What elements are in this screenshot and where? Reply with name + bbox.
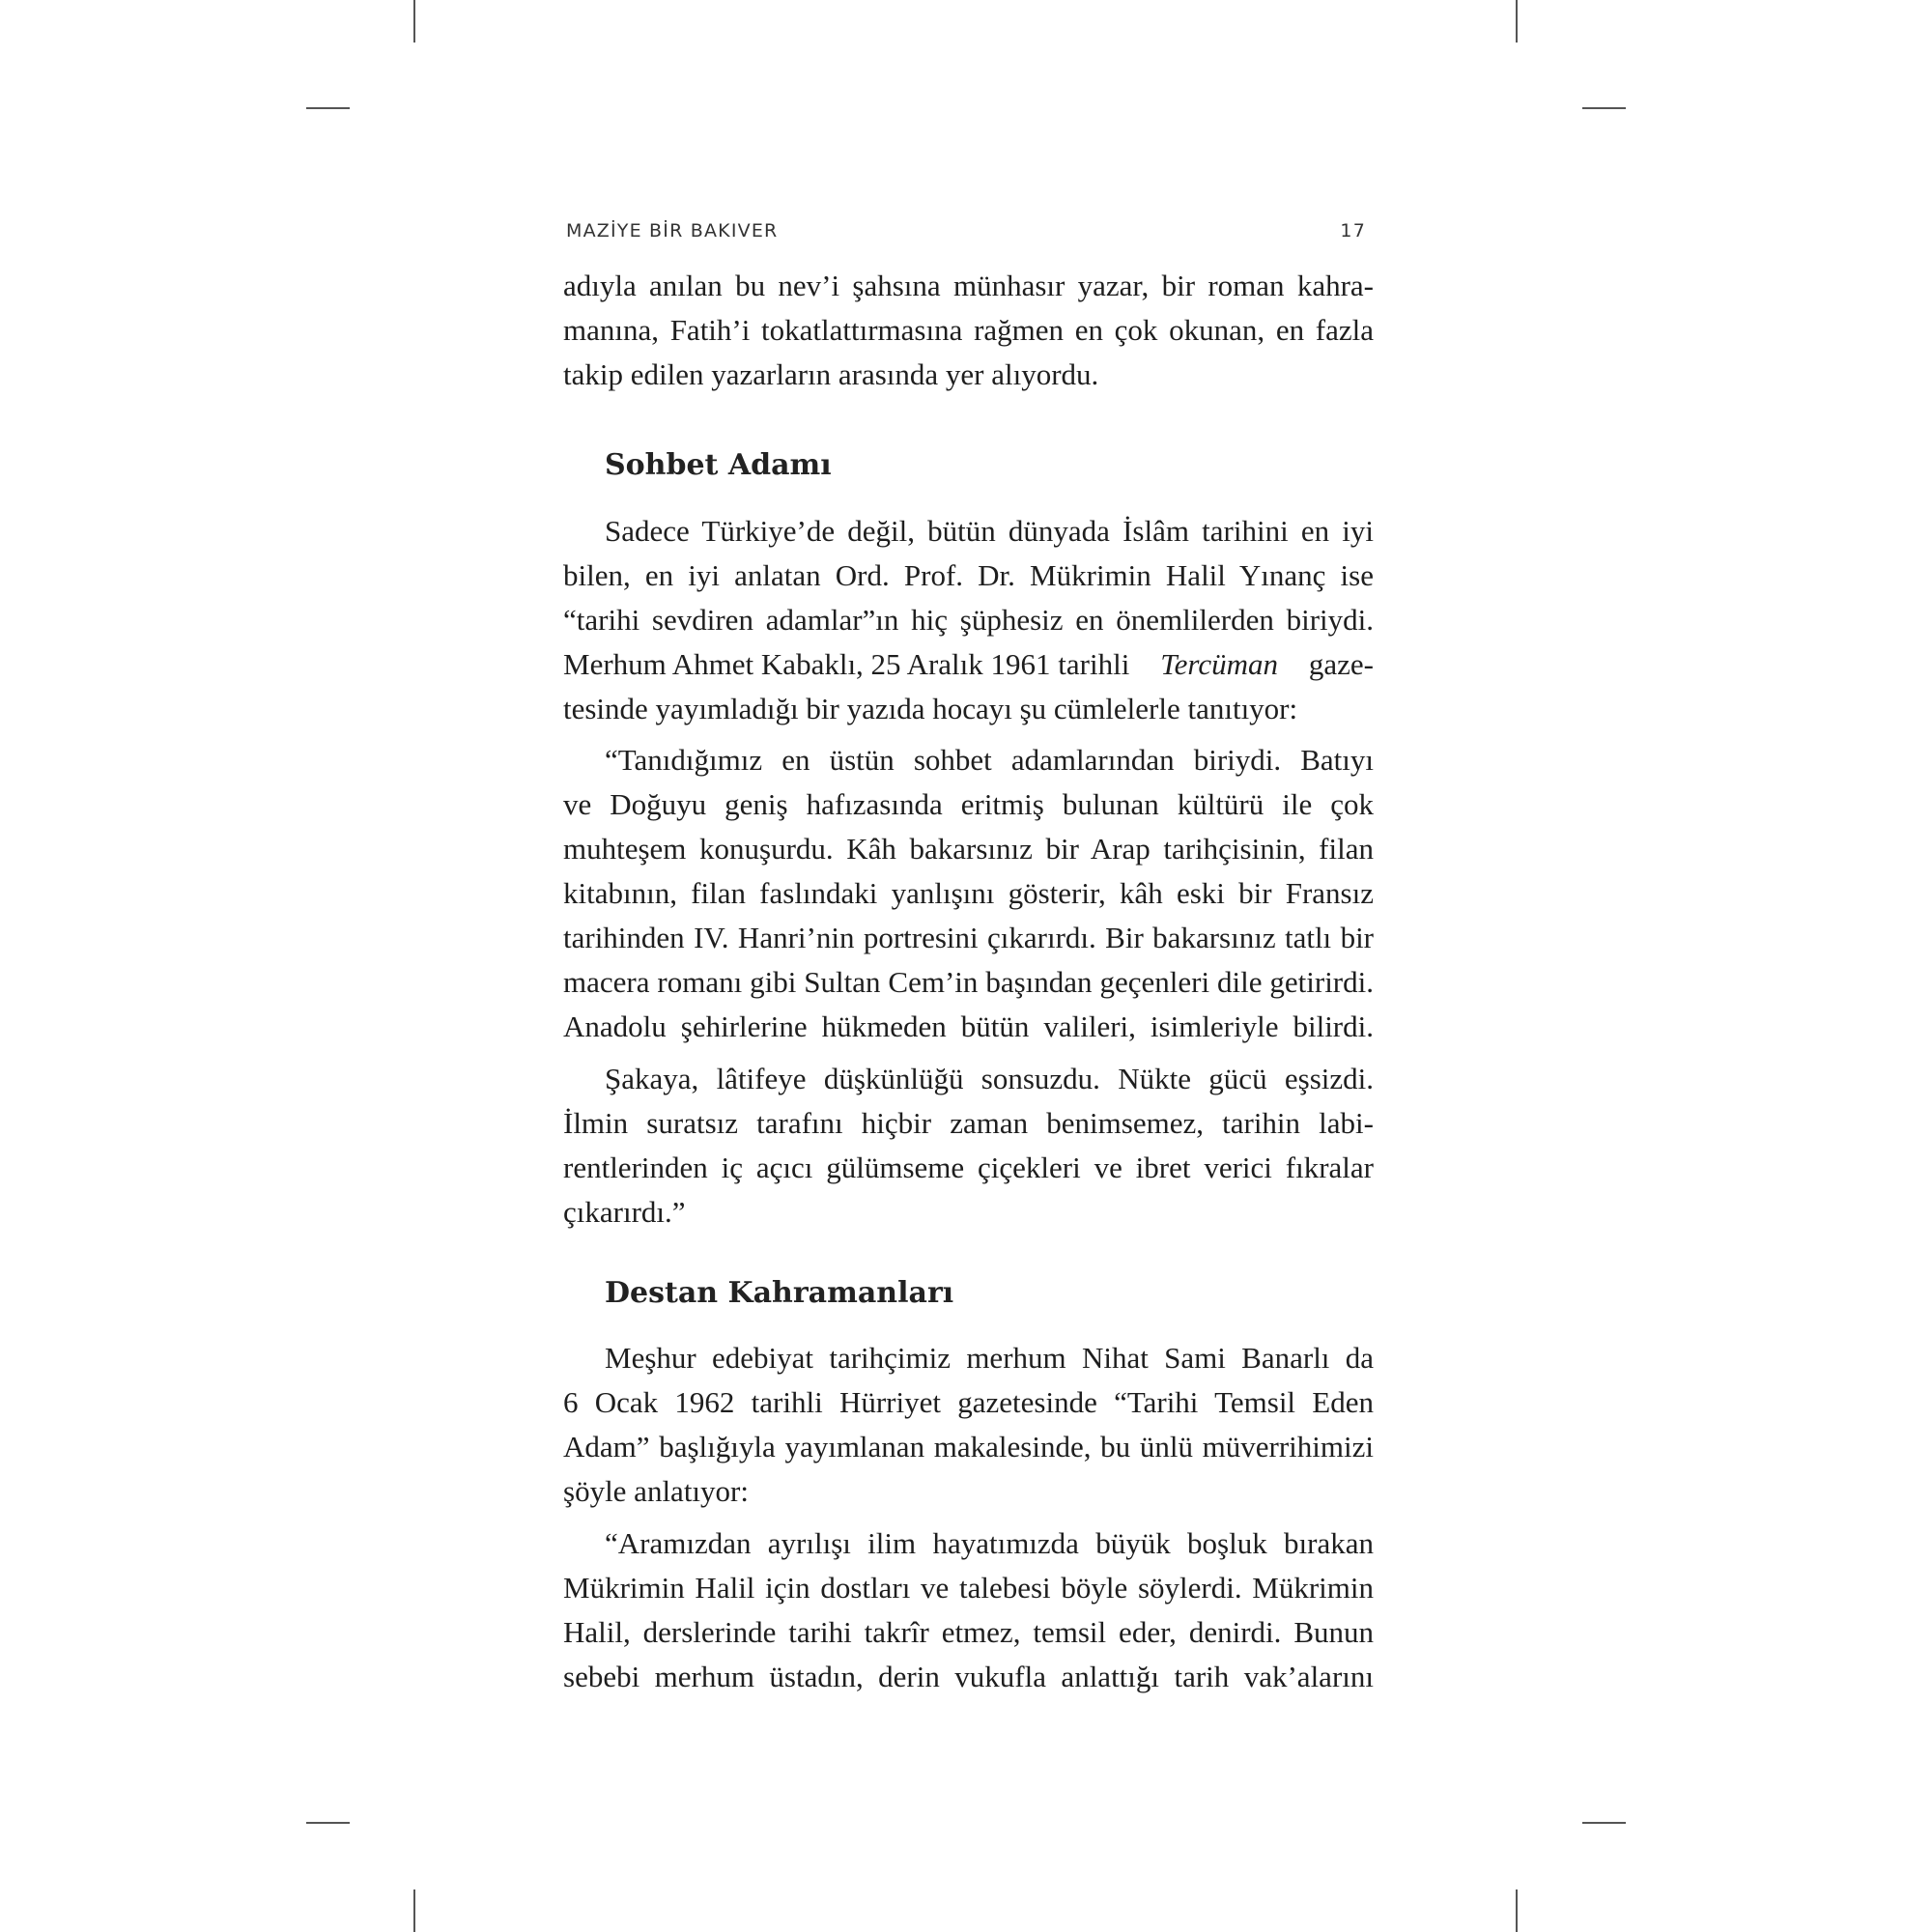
body-line: manına, Fatih’i tokatlattırmasına rağmen… — [563, 308, 1374, 353]
quote-line: Mükrimin Halil için dostları ve talebesi… — [563, 1566, 1374, 1610]
text-before-italic: Merhum Ahmet Kabaklı, 25 Aralık 1961 tar… — [563, 642, 1129, 687]
quote-line: İlmin suratsız tarafını hiçbir zaman ben… — [563, 1101, 1374, 1146]
crop-mark-top-left-horizontal — [306, 107, 350, 109]
crop-mark-bottom-left-vertical — [413, 1889, 415, 1932]
section-heading-sohbet-adami: Sohbet Adamı — [605, 446, 832, 485]
quote-line: kitabının, filan faslındaki yanlışını gö… — [563, 871, 1374, 916]
quote-line: macera romanı gibi Sultan Cem’in başında… — [563, 960, 1374, 1005]
quote-line: “Aramızdan ayrılışı ilim hayatımızda büy… — [605, 1521, 1374, 1566]
body-line: bilen, en iyi anlatan Ord. Prof. Dr. Mük… — [563, 554, 1374, 598]
quote-line: muhteşem konuşurdu. Kâh bakarsınız bir A… — [563, 827, 1374, 871]
quote-line: Halil, derslerinde tarihi takrîr etmez, … — [563, 1610, 1374, 1655]
quote-line: “Tanıdığımız en üstün sohbet adamlarında… — [605, 738, 1374, 782]
quote-line: rentlerinden iç açıcı gülümseme çiçekler… — [563, 1146, 1374, 1190]
body-line: tesinde yayımladığı bir yazıda hocayı şu… — [563, 687, 1374, 731]
quote-line: Şakaya, lâtifeye düşkünlüğü sonsuzdu. Nü… — [605, 1057, 1374, 1101]
crop-mark-top-right-horizontal — [1582, 107, 1626, 109]
body-line: “tarihi sevdiren adamlar”ın hiç şüphesiz… — [563, 598, 1374, 642]
body-line: Sadece Türkiye’de değil, bütün dünyada İ… — [605, 509, 1374, 554]
running-head: MAZİYE BİR BAKIVER 17 — [566, 220, 1366, 243]
crop-mark-bottom-left-horizontal — [306, 1822, 350, 1824]
body-line-with-italic: Merhum Ahmet Kabaklı, 25 Aralık 1961 tar… — [563, 642, 1374, 687]
section-heading-destan-kahramanlari: Destan Kahramanları — [605, 1274, 953, 1313]
body-line: şöyle anlatıyor: — [563, 1469, 1374, 1514]
crop-mark-top-right-vertical — [1516, 0, 1518, 43]
crop-mark-bottom-right-horizontal — [1582, 1822, 1626, 1824]
body-line: 6 Ocak 1962 tarihli Hürriyet gazetesinde… — [563, 1380, 1374, 1425]
body-line: Adam” başlığıyla yayımlanan makalesinde,… — [563, 1425, 1374, 1469]
quote-line: ve Doğuyu geniş hafızasında eritmiş bulu… — [563, 782, 1374, 827]
body-line: Meşhur edebiyat tarihçimiz merhum Nihat … — [605, 1336, 1374, 1380]
body-line: takip edilen yazarların arasında yer alı… — [563, 353, 1374, 397]
page-number: 17 — [1340, 220, 1366, 241]
body-line: adıyla anılan bu nev’i şahsına münhasır … — [563, 264, 1374, 308]
crop-mark-top-left-vertical — [413, 0, 415, 43]
quote-line: Anadolu şehirlerine hükmeden bütün valil… — [563, 1005, 1374, 1049]
newspaper-name-italic: Tercüman — [1160, 642, 1278, 687]
text-after-italic: gaze- — [1309, 642, 1374, 687]
quote-line: tarihinden IV. Hanri’nin portresini çıka… — [563, 916, 1374, 960]
quote-line: sebebi merhum üstadın, derin vukufla anl… — [563, 1655, 1374, 1699]
crop-mark-bottom-right-vertical — [1516, 1889, 1518, 1932]
book-title: MAZİYE BİR BAKIVER — [566, 220, 778, 241]
quote-line: çıkarırdı.” — [563, 1190, 1374, 1235]
